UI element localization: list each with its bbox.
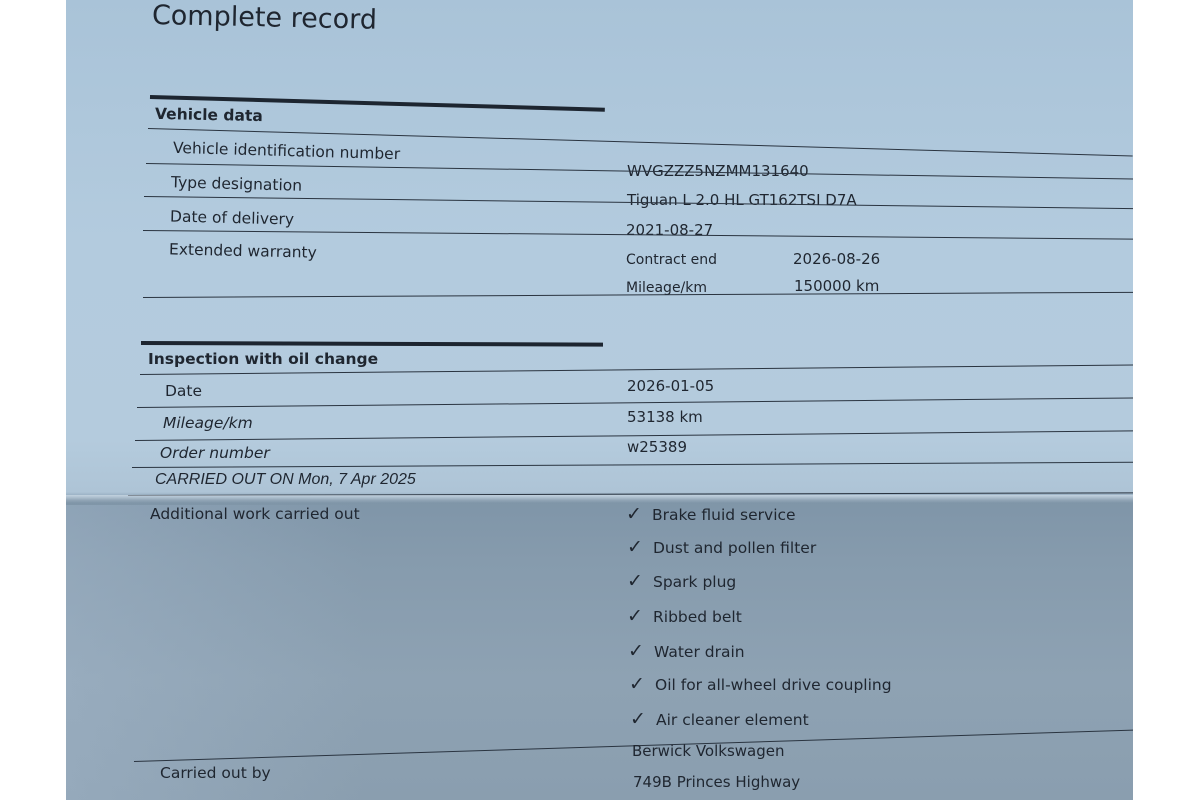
inspection-date-label: Date <box>165 382 202 400</box>
work-item: ✓Brake fluid service <box>626 503 796 525</box>
order-number-label: Order number <box>160 444 270 462</box>
row-divider <box>128 492 1133 496</box>
delivery-date-label: Date of delivery <box>170 207 294 228</box>
carried-out-by-label: Carried out by <box>160 764 271 782</box>
inspection-date-value: 2026-01-05 <box>627 377 714 395</box>
row-divider <box>137 397 1133 408</box>
section-rule <box>141 341 603 347</box>
page-title: Complete record <box>152 0 378 36</box>
inspection-mileage-label: Mileage/km <box>163 414 253 432</box>
document-photo: Complete record Vehicle data Vehicle ide… <box>66 0 1133 800</box>
order-number-value: w25389 <box>627 438 687 456</box>
vin-label: Vehicle identification number <box>173 139 401 163</box>
type-designation-label: Type designation <box>171 173 303 194</box>
work-item: ✓Ribbed belt <box>627 605 742 627</box>
extended-warranty-label: Extended warranty <box>169 240 317 261</box>
inspection-heading: Inspection with oil change <box>148 350 378 368</box>
work-item: ✓Dust and pollen filter <box>627 536 816 558</box>
check-icon: ✓ <box>627 570 653 592</box>
work-item: ✓Water drain <box>628 640 745 662</box>
delivery-date-value: 2021-08-27 <box>626 221 713 239</box>
check-icon: ✓ <box>628 640 654 662</box>
work-item: ✓Air cleaner element <box>630 708 809 730</box>
check-icon: ✓ <box>626 503 652 525</box>
check-icon: ✓ <box>627 536 653 558</box>
additional-work-label: Additional work carried out <box>150 505 360 523</box>
carried-out-on: CARRIED OUT ON Mon, 7 Apr 2025 <box>155 471 416 489</box>
work-item: ✓Oil for all-wheel drive coupling <box>629 673 892 695</box>
dealer-address: 749B Princes Highway <box>633 773 800 791</box>
row-divider <box>132 462 1133 468</box>
type-designation-value: Tiguan L 2.0 HL GT162TSI D7A <box>627 191 857 209</box>
vehicle-data-heading: Vehicle data <box>155 105 263 125</box>
contract-end-label: Contract end <box>626 252 717 268</box>
inspection-mileage-value: 53138 km <box>627 408 703 426</box>
dealer-name: Berwick Volkswagen <box>632 742 784 760</box>
contract-end-value: 2026-08-26 <box>793 250 880 268</box>
check-icon: ✓ <box>627 605 653 627</box>
check-icon: ✓ <box>630 708 656 730</box>
work-item: ✓Spark plug <box>627 570 736 592</box>
check-icon: ✓ <box>629 673 655 695</box>
